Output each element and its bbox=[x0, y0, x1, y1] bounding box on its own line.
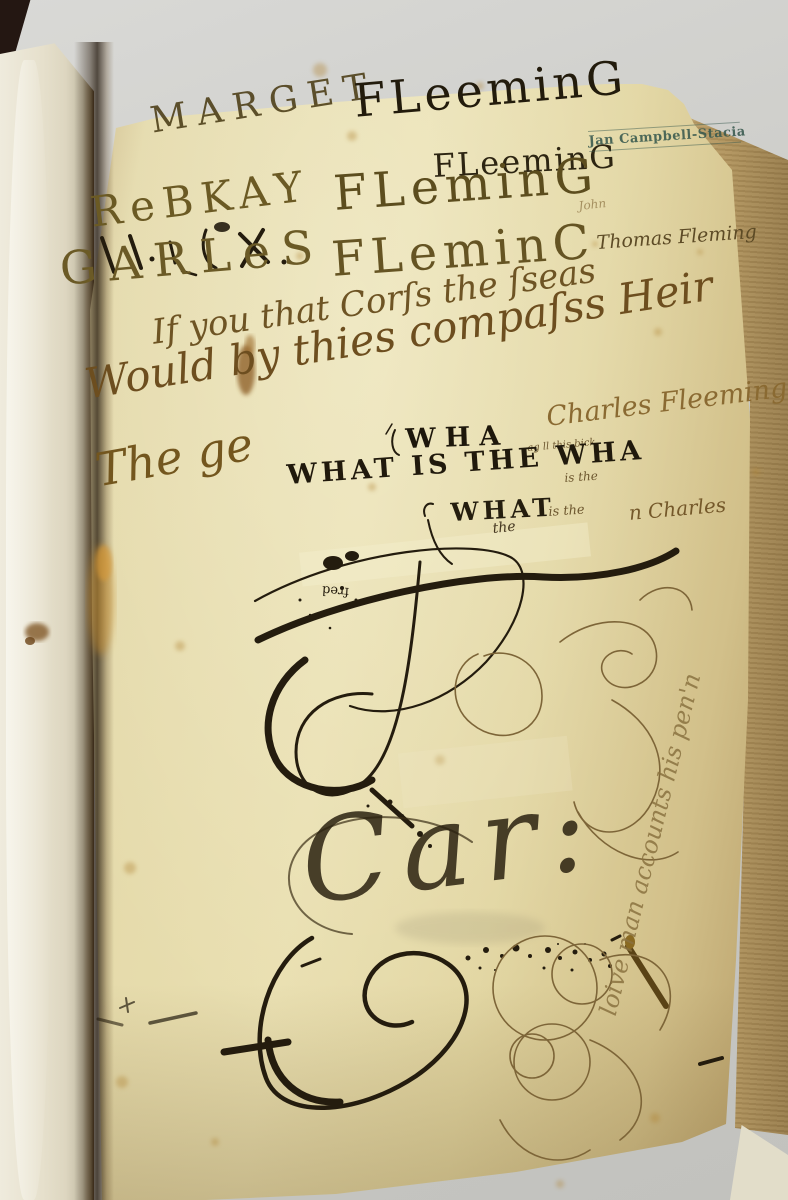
page-corner-wedge bbox=[730, 1125, 788, 1200]
flyleaf-highlight bbox=[6, 60, 52, 1200]
curled-flyleaf-page bbox=[0, 0, 94, 1200]
photo-of-antique-book-page: MARGET FLeeminG FLeeminG Jan Campbell-St… bbox=[0, 0, 788, 1200]
manuscript-page bbox=[86, 0, 788, 1200]
